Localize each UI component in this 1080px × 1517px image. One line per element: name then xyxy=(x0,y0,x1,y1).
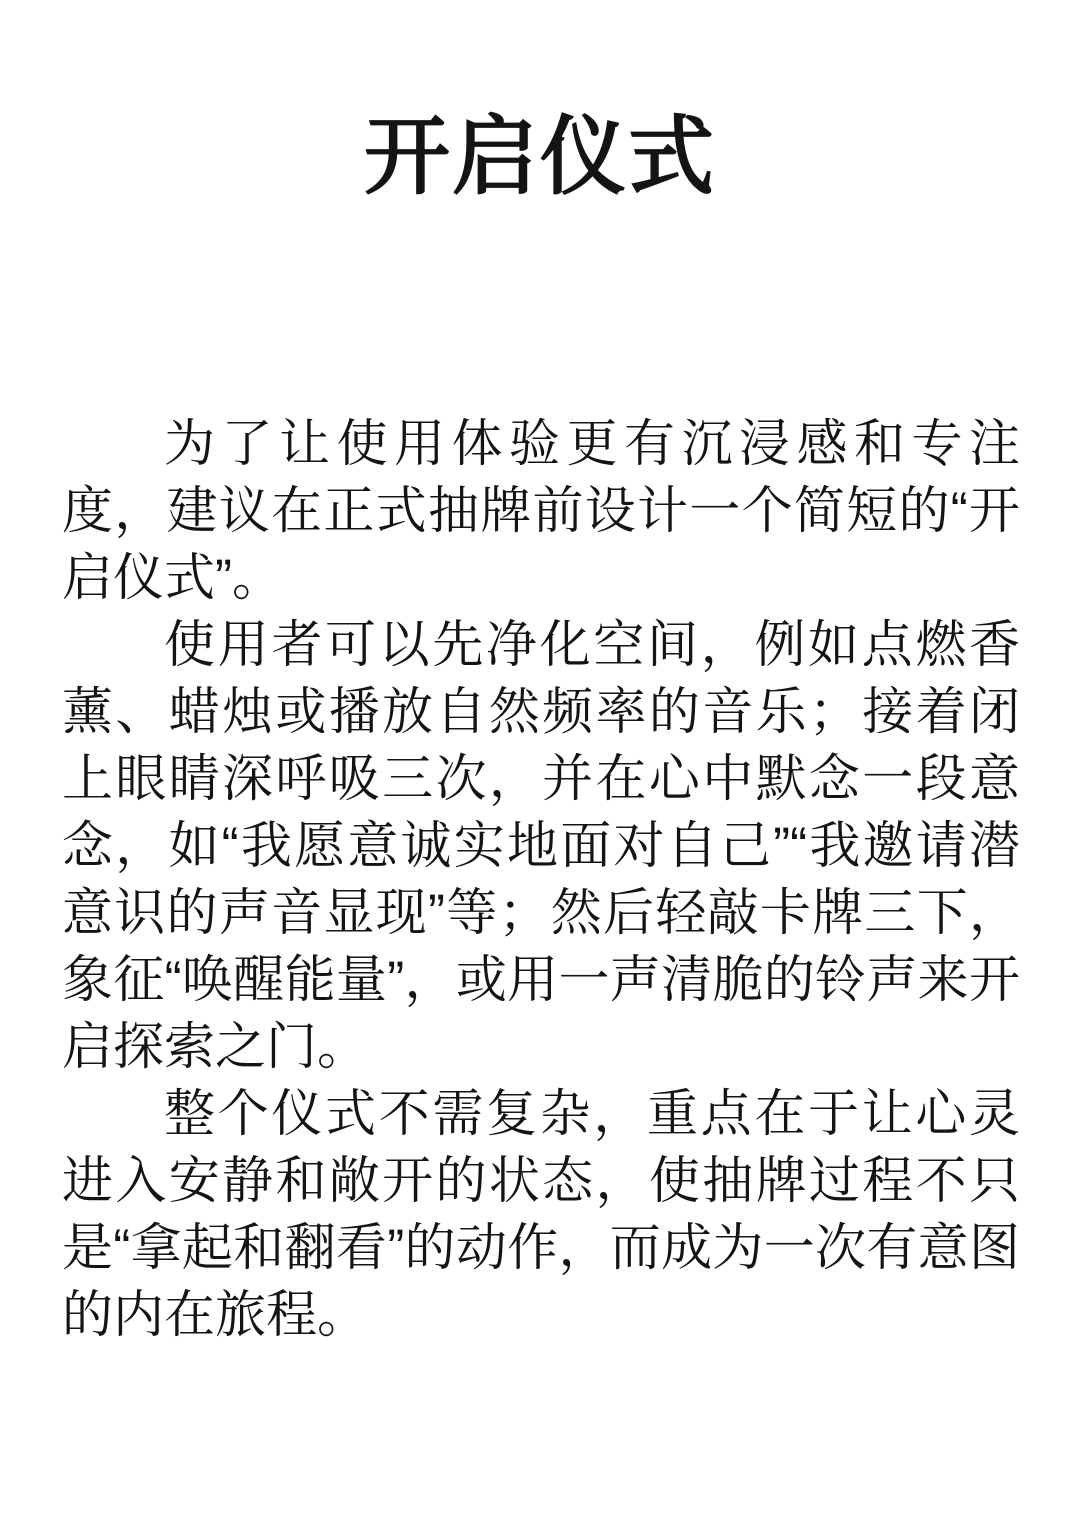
body-text: 为了让使用体验更有沉浸感和专注度，建议在正式抽牌前设计一个简短的“开启仪式”。 … xyxy=(0,410,1080,1348)
paragraph-ritual-steps: 使用者可以先净化空间，例如点燃香薰、蜡烛或播放自然频率的音乐；接着闭上眼睛深呼吸… xyxy=(62,611,1020,1080)
document-page: 开启仪式 为了让使用体验更有沉浸感和专注度，建议在正式抽牌前设计一个简短的“开启… xyxy=(0,0,1080,1517)
paragraph-intro: 为了让使用体验更有沉浸感和专注度，建议在正式抽牌前设计一个简短的“开启仪式”。 xyxy=(62,410,1020,611)
page-title: 开启仪式 xyxy=(0,0,1080,215)
paragraph-conclusion: 整个仪式不需复杂，重点在于让心灵进入安静和敞开的状态，使抽牌过程不只是“拿起和翻… xyxy=(62,1080,1020,1348)
